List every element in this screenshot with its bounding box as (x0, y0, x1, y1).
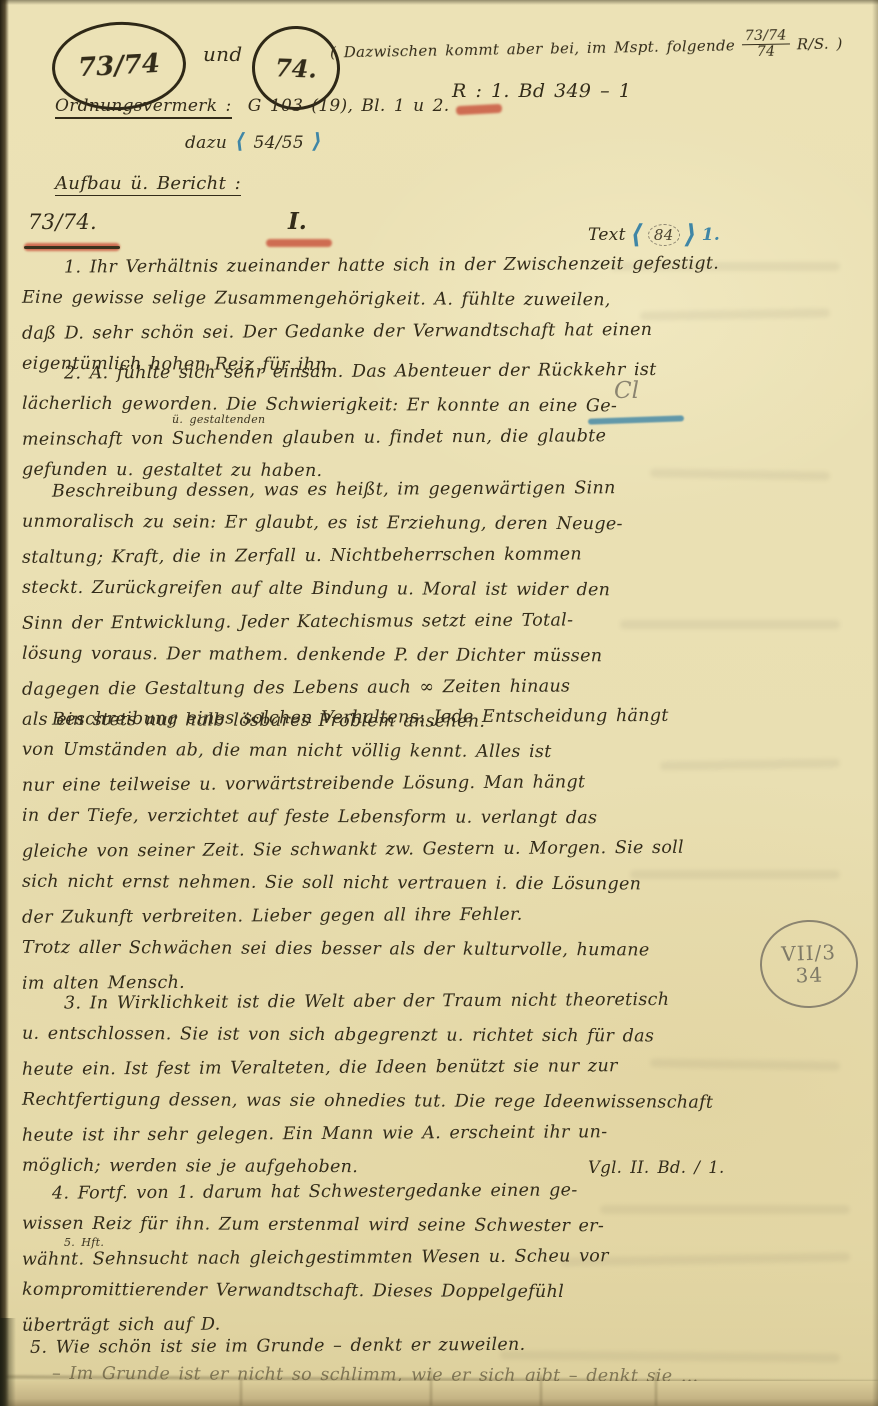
page-edge-left (0, 0, 9, 1406)
ordnungsvermerk-label: Ordnungsvermerk : (55, 96, 232, 119)
paper-crease-mark (430, 1370, 432, 1406)
paper-crease-mark (655, 1372, 657, 1406)
paper-crease-mark (540, 1375, 542, 1406)
remark-suffix: R/S. ) (797, 34, 843, 53)
parenthetical-remark: ( Dazwischen kommt aber bei, im Mspt. fo… (330, 28, 843, 68)
margin-text-label: Text (588, 225, 626, 245)
dazu-value: 54/55 (253, 133, 304, 153)
margin-text-suffix: 1. (702, 225, 720, 245)
folio-number: 73/74. (28, 210, 97, 234)
handwritten-line: kompromittierender Verwandtschaft. Diese… (22, 1274, 612, 1310)
paragraph-3: Beschreibung dessen, was es heißt, im ge… (22, 474, 612, 738)
file-ref-bottom: 34 (795, 964, 823, 987)
handwritten-line: lächerlich geworden. Die Schwierigkeit: … (22, 388, 612, 424)
margin-text-reference: Text ⟨ 84 ⟩ 1. (588, 220, 720, 250)
paragraph-5: 3. In Wirklichkeit ist die Welt aber der… (22, 986, 612, 1184)
handwritten-line: 2. A. fühlte sich sehr einsam. Das Abent… (22, 354, 612, 391)
r-reference-note: R : 1. Bd 349 – 1 (452, 80, 631, 102)
handwritten-line: Rechtfertigung dessen, was sie ohnedies … (22, 1084, 612, 1120)
handwritten-line: wissen Reiz für ihn. Zum erstenmal wird … (22, 1208, 612, 1244)
interlinear-insertion: 5. Hft. (64, 1236, 104, 1249)
bleed-through-mark (650, 1058, 840, 1070)
blue-angle-bracket-close: ⟩ (312, 128, 322, 153)
ordnungsvermerk-line: Ordnungsvermerk : G 103 (19), Bl. 1 u 2. (55, 96, 449, 116)
blue-angle-bracket-open: ⟨ (631, 220, 643, 250)
dazu-line: dazu ⟨ 54/55 ⟩ (185, 128, 322, 153)
handwritten-line: steckt. Zurückgreifen auf alte Bindung u… (22, 572, 612, 608)
interlinear-insertion: ü. gestaltenden (172, 413, 265, 426)
paper-crease-mark (240, 1378, 242, 1406)
handwritten-line: von Umständen ab, die man nicht völlig k… (22, 734, 612, 770)
archive-file-reference: VII/3 34 (758, 918, 859, 1009)
handwritten-line: 1. Ihr Verhältnis zueinander hatte sich … (22, 248, 612, 285)
handwritten-line: gleiche von seiner Zeit. Sie schwankt zw… (22, 832, 612, 869)
handwritten-line: 3. In Wirklichkeit ist die Welt aber der… (22, 984, 612, 1021)
folio-fraction: 73/74 74 (742, 28, 790, 60)
handwritten-line: staltung; Kraft, die in Zerfall u. Nicht… (22, 538, 612, 575)
bleed-through-mark (620, 620, 840, 629)
handwritten-line: sich nicht ernst nehmen. Sie soll nicht … (22, 866, 612, 902)
handwritten-line: 5. Wie schön ist sie im Grunde – denkt e… (30, 1330, 630, 1363)
bleed-through-mark (650, 468, 830, 480)
handwritten-line: lösung voraus. Der mathem. denkende P. d… (22, 638, 612, 674)
fraction-top: 73/74 (742, 28, 790, 45)
page-corner-bottom-left (0, 1318, 16, 1406)
handwritten-line: daß D. sehr schön sei. Der Gedanke der V… (22, 314, 612, 351)
handwritten-line: in der Tiefe, verzichtet auf feste Leben… (22, 800, 612, 836)
file-ref-top: VII/3 (781, 941, 836, 965)
handwritten-line: 4. Fortf. von 1. darum hat Schwestergeda… (22, 1174, 612, 1211)
ordnungsvermerk-value: G 103 (19), Bl. 1 u 2. (248, 96, 450, 116)
handwritten-line: unmoralisch zu sein: Er glaubt, es ist E… (22, 506, 612, 542)
handwritten-line: Sinn der Entwicklung. Jeder Katechismus … (22, 604, 612, 641)
section-heading-text: Aufbau ü. Bericht : (55, 173, 241, 196)
handwritten-line: u. entschlossen. Sie ist von sich abgegr… (22, 1018, 612, 1054)
roman-numeral-heading: I. (288, 208, 307, 235)
paragraph-6: 4. Fortf. von 1. darum hat Schwestergeda… (22, 1176, 612, 1341)
handwritten-line: Beschreibung dessen, was es heißt, im ge… (22, 472, 612, 509)
ink-underline-folio (24, 246, 120, 249)
bleed-through-mark (640, 308, 830, 320)
handwritten-line: Trotz aller Schwächen sei dies besser al… (22, 932, 612, 968)
handwritten-line: Eine gewisse selige Zusammengehörigkeit.… (22, 282, 612, 318)
section-heading: Aufbau ü. Bericht : (55, 173, 241, 194)
handwritten-line: der Zukunft verbreiten. Lieber gegen all… (22, 898, 612, 935)
dazu-label: dazu (185, 133, 227, 153)
handwritten-line: heute ein. Ist fest im Veralteten, die I… (22, 1050, 612, 1087)
bleed-through-mark (600, 1205, 850, 1214)
handwritten-line: nur eine teilweise u. vorwärtstreibende … (22, 766, 612, 803)
red-underline-roman (266, 239, 332, 247)
handwritten-line: wähnt. Sehnsucht nach gleichgestimmten W… (22, 1240, 612, 1277)
page-edge-right (872, 0, 878, 1406)
bleed-through-mark (630, 870, 840, 879)
page-number-right: 74. (275, 53, 318, 83)
blue-angle-bracket-close: ⟩ (685, 220, 697, 250)
fraction-bottom: 74 (757, 45, 776, 60)
page-bottom-edge (0, 1381, 878, 1406)
manuscript-page: 73/74 und 74. ( Dazwischen kommt aber be… (0, 0, 878, 1406)
page-edge-top (0, 0, 878, 5)
paragraph-4: Beschreibung eines solchen Verhaltens: J… (22, 702, 612, 999)
margin-text-number: 84 (648, 224, 680, 246)
bleed-through-mark (660, 758, 840, 770)
red-crayon-mark (456, 104, 502, 115)
handwritten-line: meinschaft von Suchenden glauben u. find… (22, 420, 612, 457)
conjunction-word: und (203, 42, 242, 66)
remark-text: ( Dazwischen kommt aber bei, im Mspt. fo… (330, 36, 735, 61)
handwritten-line: Beschreibung eines solchen Verhaltens: J… (22, 700, 612, 737)
handwritten-line: heute ist ihr sehr gelegen. Ein Mann wie… (22, 1116, 612, 1153)
blue-angle-bracket-open: ⟨ (235, 128, 245, 153)
paragraph-2: 2. A. fühlte sich sehr einsam. Das Abent… (22, 356, 612, 488)
page-number-left: 73/74 (77, 49, 160, 83)
